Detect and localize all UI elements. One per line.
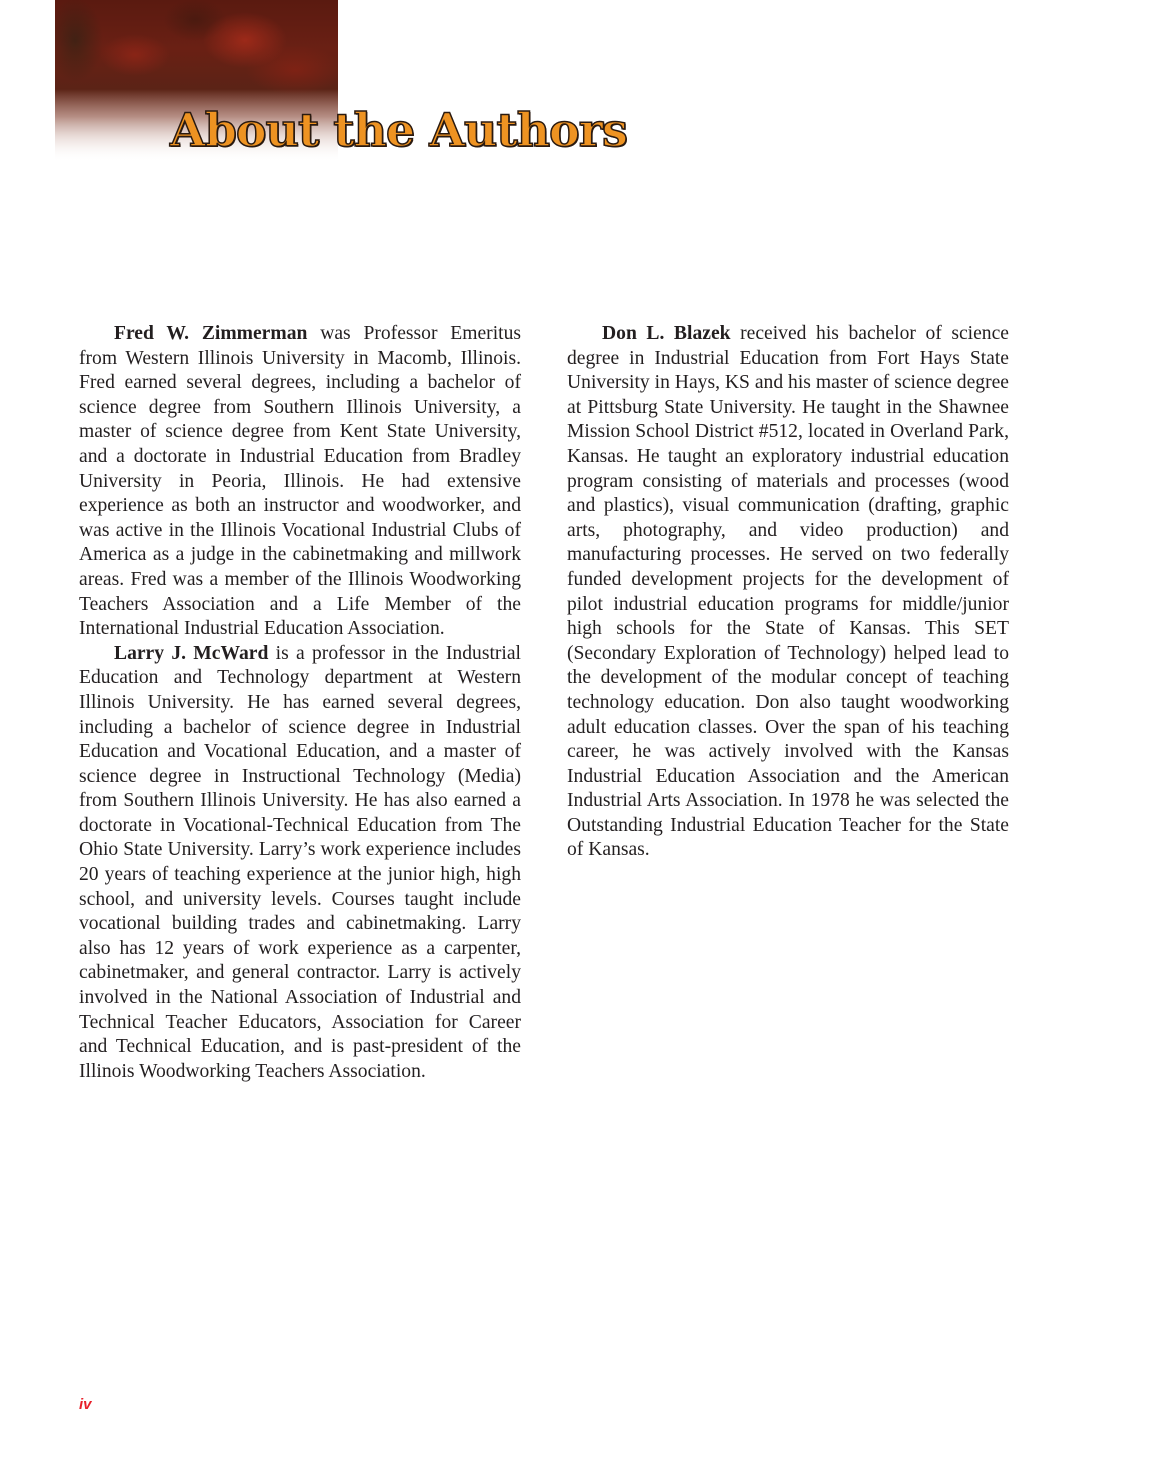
- author-bio-text: received his bachelor of science degree …: [567, 323, 1009, 860]
- author-name: Larry J. McWard: [114, 643, 268, 664]
- author-name: Fred W. Zimmerman: [114, 323, 307, 344]
- author-name: Don L. Blazek: [602, 323, 731, 344]
- author-bio-text: is a professor in the Industrial Educati…: [79, 643, 521, 1082]
- author-bio-zimmerman: Fred W. Zimmerman was Professor Emeritus…: [79, 322, 521, 642]
- right-column: Don L. Blazek received his bachelor of s…: [567, 322, 1009, 863]
- left-column: Fred W. Zimmerman was Professor Emeritus…: [79, 322, 521, 1084]
- author-bio-mcward: Larry J. McWard is a professor in the In…: [79, 642, 521, 1085]
- author-bio-text: was Professor Emeritus from Western Illi…: [79, 323, 521, 639]
- author-bio-blazek: Don L. Blazek received his bachelor of s…: [567, 322, 1009, 863]
- page-title: About the Authors: [170, 100, 627, 160]
- page-number: iv: [79, 1396, 92, 1413]
